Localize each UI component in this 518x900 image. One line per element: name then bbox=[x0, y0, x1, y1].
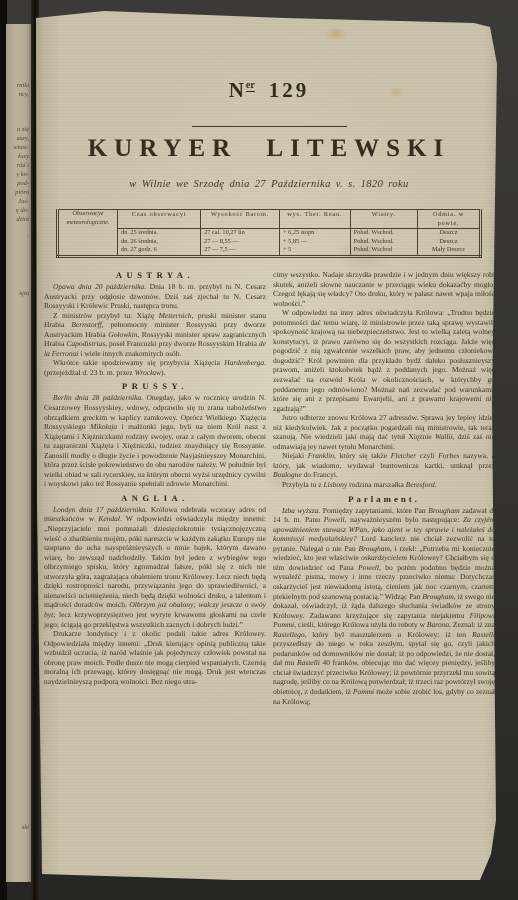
neighbor-text-fragment: uszy, bbox=[17, 135, 29, 142]
neighbor-text-fragment: y ko- bbox=[16, 171, 29, 178]
weather-cell: Deszcz bbox=[421, 229, 476, 238]
weather-barom-cells: 27 cal. 10,27 lin 27 — 8,55 — 27 — 7,5 — bbox=[201, 229, 280, 257]
article-paragraph: Izba wyższa. Pomiędzy zapytaniami, które… bbox=[273, 506, 495, 706]
article-paragraph: cimy wszystko. Nadaje skrzydła prawdzie … bbox=[273, 270, 495, 308]
weather-czas-cells: dn. 25 średnia. dn. 26 średnia, dn. 27 g… bbox=[117, 229, 200, 257]
weather-cell: Połud. Wschod. bbox=[354, 229, 414, 238]
newspaper-page-scan: Ner129 KURYER LITEWSKI w Wilnie we Srzod… bbox=[34, 2, 504, 894]
issue-prefix: N bbox=[229, 78, 246, 102]
neighbor-text-fragment: pióro bbox=[15, 189, 29, 196]
article-paragraph: W odpowiedzi na inny adres oświadczyła K… bbox=[273, 308, 495, 413]
weather-data-rows: dn. 25 średnia. dn. 26 średnia, dn. 27 g… bbox=[58, 229, 481, 257]
weather-cell: 27 cal. 10,27 lin bbox=[204, 229, 276, 238]
issue-number-line: Ner129 bbox=[34, 78, 504, 103]
weather-col-ther: wys. Ther. Reau. bbox=[279, 210, 350, 229]
weather-cell: dn. 26 średnia, bbox=[121, 238, 197, 247]
article-paragraph: Drukarze londyńscy i z okolic podali tak… bbox=[44, 629, 266, 686]
weather-col-czas: Czas obserwacyi bbox=[117, 210, 200, 229]
weather-cell: dn. 25 średnia. bbox=[121, 229, 197, 238]
weather-col-odmiana: Odmia. w powie, bbox=[417, 210, 480, 229]
masthead-title: KURYER LITEWSKI bbox=[34, 135, 504, 163]
article-paragraph: Londyn dnia 17 października. Królowa ode… bbox=[44, 505, 266, 629]
neighbor-text-fragment: dżini bbox=[16, 216, 29, 223]
weather-cell: 27 — 8,55 — bbox=[204, 238, 276, 247]
weather-cell: 27 — 7,5 — bbox=[204, 246, 276, 255]
article-paragraph: Berlin dnia 28 października. Onegday, ja… bbox=[44, 393, 266, 488]
weather-cell: dn. 27 godz. 6 bbox=[121, 246, 197, 255]
section-heading-parlament: Parlament. bbox=[273, 494, 495, 504]
scan-viewer: { "masthead": { "issue_prefix": "N", "is… bbox=[0, 0, 518, 900]
article-column-left: AUSTRYA. Opawa dnia 20 października. Dni… bbox=[44, 270, 266, 706]
neighbor-text-fragment: rniki bbox=[17, 82, 29, 89]
neighbor-text-fragment: ncy, bbox=[19, 91, 29, 98]
masthead-rule bbox=[192, 126, 347, 127]
weather-cell: + 6,25 stopn bbox=[283, 229, 347, 238]
neighbor-text-fragment: ę do- bbox=[16, 207, 29, 214]
weather-cell: Mały Deszcz bbox=[421, 246, 476, 255]
neighbor-text-fragment: . bbox=[27, 232, 29, 239]
weather-ther-cells: + 6,25 stopn + 5,85 — + 5 bbox=[279, 229, 350, 257]
weather-col-wiatry: Wiatry. bbox=[350, 210, 417, 229]
article-paragraph: Niejaki Franklin, który się także Fletch… bbox=[273, 451, 495, 480]
neighbor-text-fragment: iętu bbox=[19, 290, 29, 297]
article-columns: AUSTRYA. Opawa dnia 20 października. Dni… bbox=[44, 270, 496, 706]
article-paragraph: Opawa dnia 20 października. Dnia 18 b. m… bbox=[44, 282, 266, 311]
neighbor-text-fragment: a się bbox=[17, 126, 29, 133]
weather-col-barom: Wysokość Barom. bbox=[201, 210, 280, 229]
weather-row-label: Obserwacye meteorologiczne. bbox=[58, 210, 118, 257]
article-paragraph: Przybyła tu z Lisbony rodzina marszałka … bbox=[273, 480, 495, 490]
masthead-dateline: w Wilnie we Srzodę dnia 27 Października … bbox=[34, 179, 504, 190]
neighbor-text-fragment: kszy bbox=[18, 153, 29, 160]
weather-observations-table: Obserwacye meteorologiczne. Czas obserwa… bbox=[56, 209, 482, 258]
neighbor-page-strip: rniki ncy, a się uszy, wiast- kszy ród i… bbox=[6, 24, 32, 882]
section-heading-austrya: AUSTRYA. bbox=[44, 270, 266, 280]
weather-cell: + 5,85 — bbox=[283, 238, 347, 247]
weather-cell: Połud. Wschod. bbox=[354, 238, 414, 247]
weather-wiatry-cells: Połud. Wschod. Połud. Wschod. Połud. Wsc… bbox=[350, 229, 417, 257]
issue-number: 129 bbox=[269, 78, 310, 102]
neighbor-text-fragment: Jaś- bbox=[18, 198, 29, 205]
weather-cell: Deszcz bbox=[421, 238, 476, 247]
issue-ordinal-superscript: er bbox=[246, 80, 255, 92]
article-paragraph: Z ministrów przybył tu: Xiążę Metternich… bbox=[44, 311, 266, 359]
section-heading-anglia: ANGLIA. bbox=[44, 493, 266, 503]
neighbor-text-fragment: ród i bbox=[17, 162, 29, 169]
weather-cell: Połud. Wschod bbox=[354, 246, 414, 255]
neighbor-text-fragment: wiast- bbox=[13, 144, 29, 151]
article-paragraph: Jutro odbierze znowu Królowa 27 adressów… bbox=[273, 413, 495, 451]
article-column-right: cimy wszystko. Nadaje skrzydła prawdzie … bbox=[273, 270, 495, 706]
weather-cell: + 5 bbox=[283, 246, 347, 255]
weather-odmiana-cells: Deszcz Deszcz Mały Deszcz bbox=[417, 229, 480, 257]
article-paragraph: Wkrótce takie spodziewamy się przybycia … bbox=[44, 358, 266, 377]
neighbor-text-fragment: pod- bbox=[17, 180, 29, 187]
neighbor-text-fragment: ski bbox=[22, 824, 29, 831]
weather-header-row: Obserwacye meteorologiczne. Czas obserwa… bbox=[58, 210, 481, 229]
section-heading-prussy: PRUSSY. bbox=[44, 381, 266, 391]
